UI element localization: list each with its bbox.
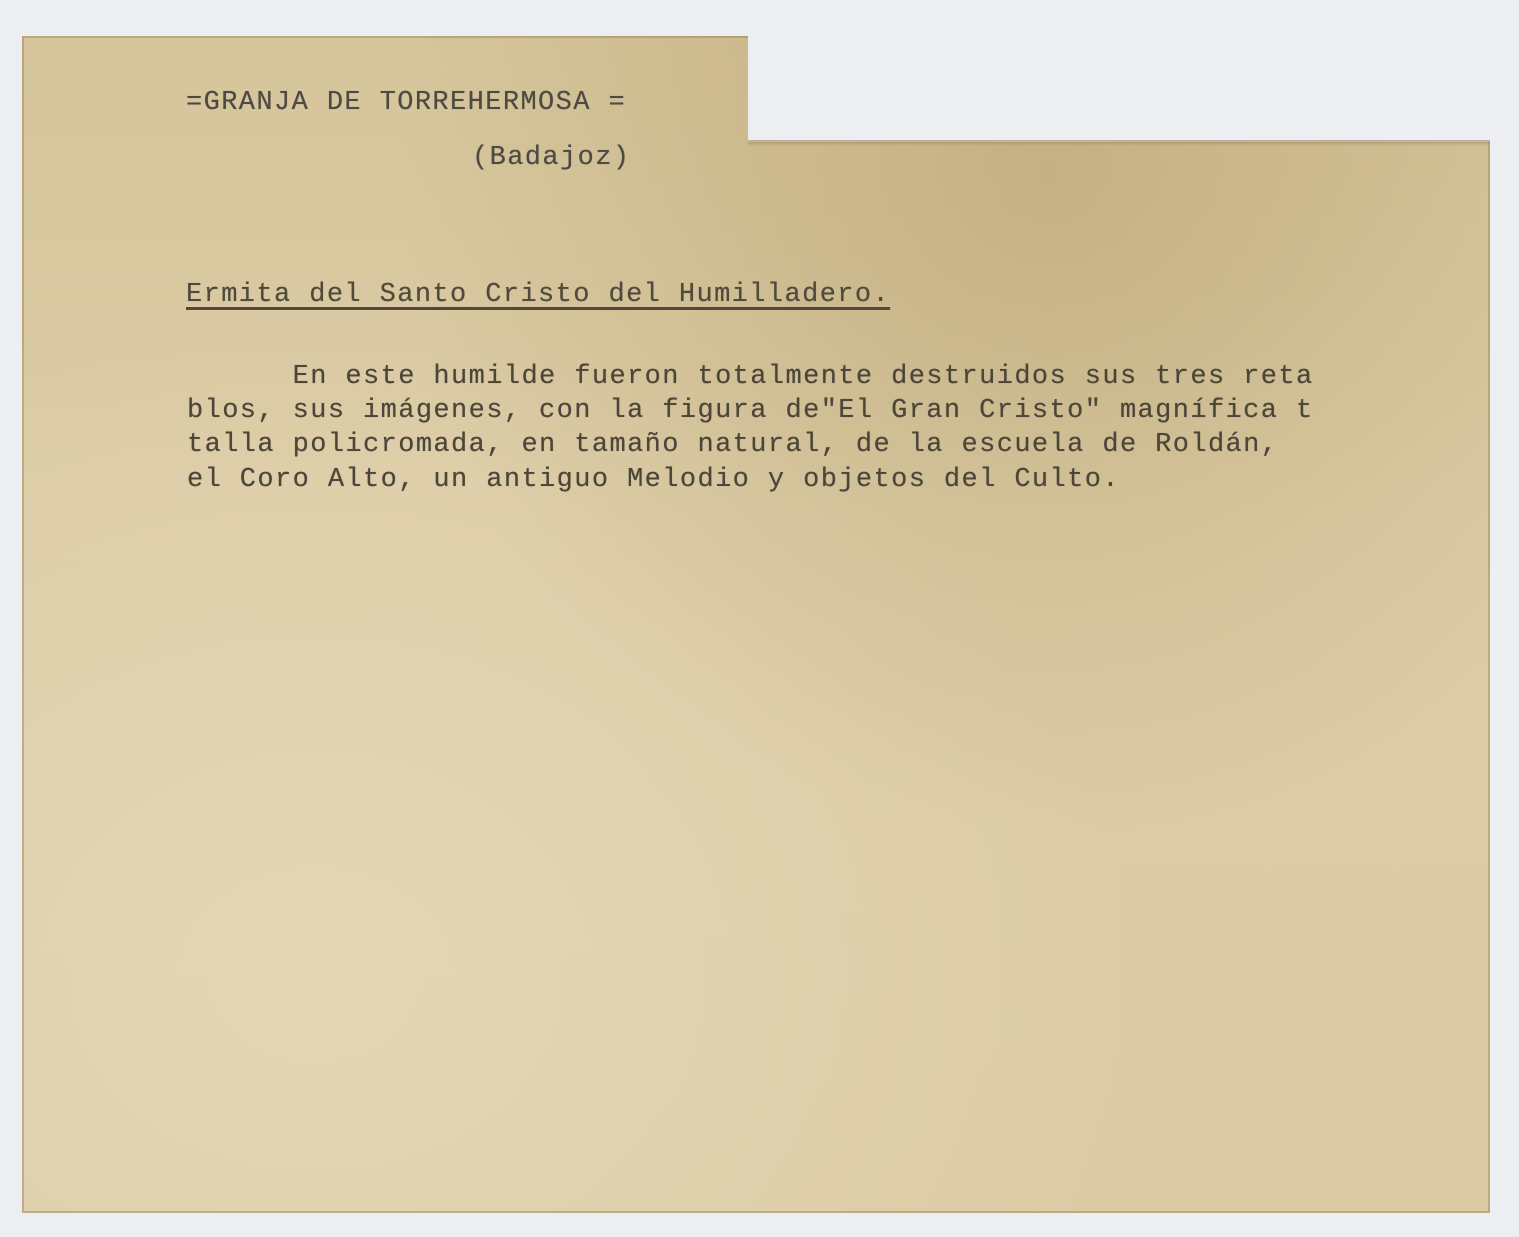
place-heading: =GRANJA DE TORREHERMOSA =	[186, 88, 626, 118]
card-top-edge-shadow	[748, 140, 1490, 146]
document-title: Ermita del Santo Cristo del Humilladero.	[186, 280, 890, 310]
body-line: En este humilde fueron totalmente destru…	[187, 362, 1314, 392]
province-label: (Badajoz)	[472, 143, 630, 173]
body-line: el Coro Alto, un antiguo Melodio y objet…	[187, 465, 1120, 495]
body-line: talla policromada, en tamaño natural, de…	[187, 430, 1278, 460]
index-card	[22, 36, 1490, 1213]
body-line: blos, sus imágenes, con la figura de"El …	[187, 396, 1314, 426]
